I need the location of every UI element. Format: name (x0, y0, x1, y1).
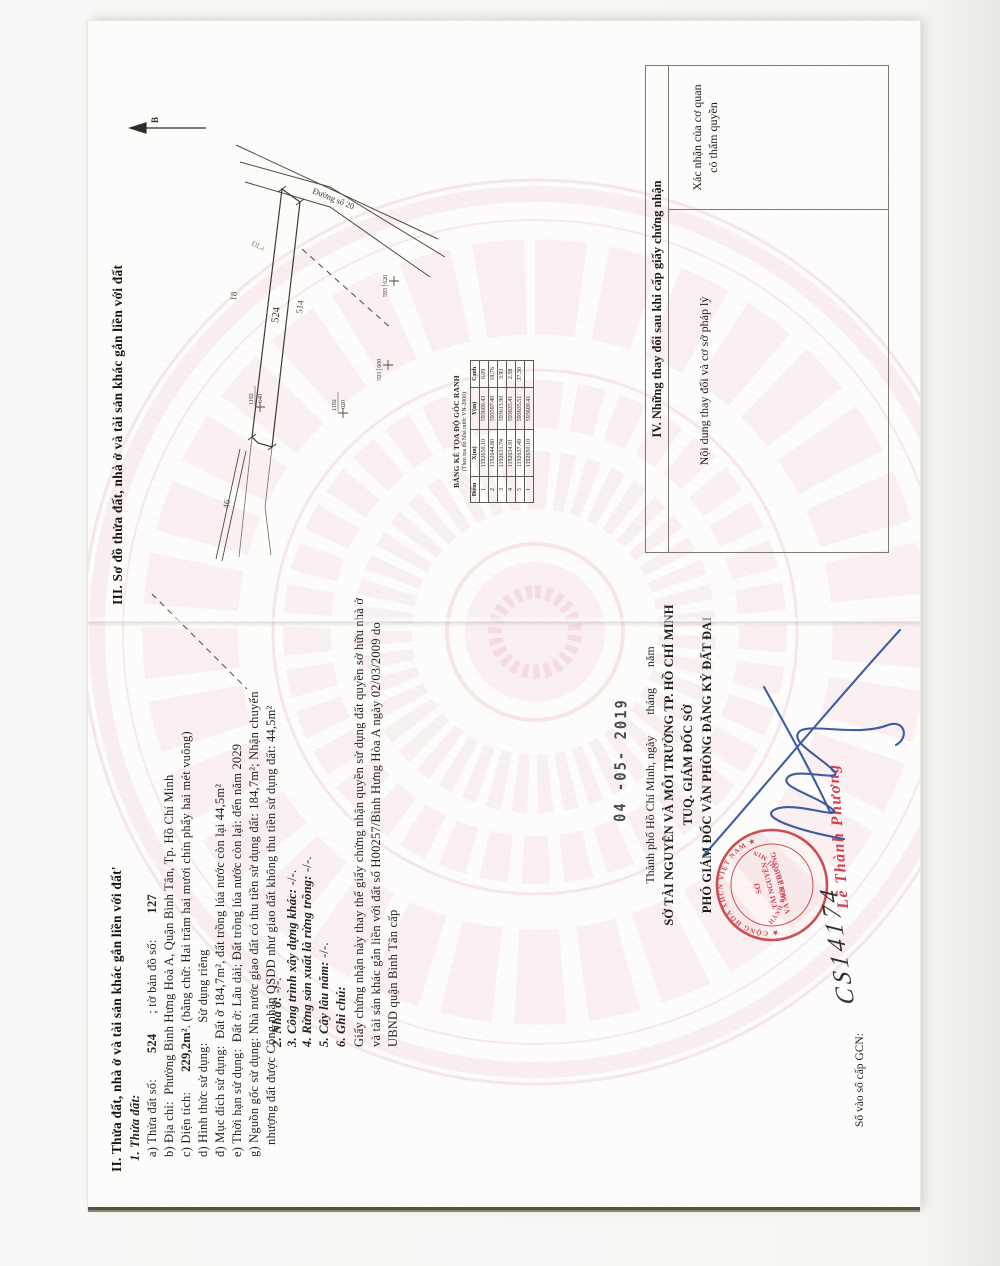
scanned-certificate-screenshot: { "document": { "section_ii": { "title":… (0, 0, 1000, 1266)
certificate-paper: B Đường số 20 524 514 18 46 ĐLa 1192 640… (88, 21, 920, 1210)
page-fold-crease (88, 616, 920, 627)
handwritten-signature (88, 21, 920, 1207)
screenshot-stage: B Đường số 20 524 514 18 46 ĐLa 1192 640… (0, 0, 1000, 1266)
rotated-document: B Đường số 20 524 514 18 46 ĐLa 1192 640… (0, 0, 1000, 1266)
